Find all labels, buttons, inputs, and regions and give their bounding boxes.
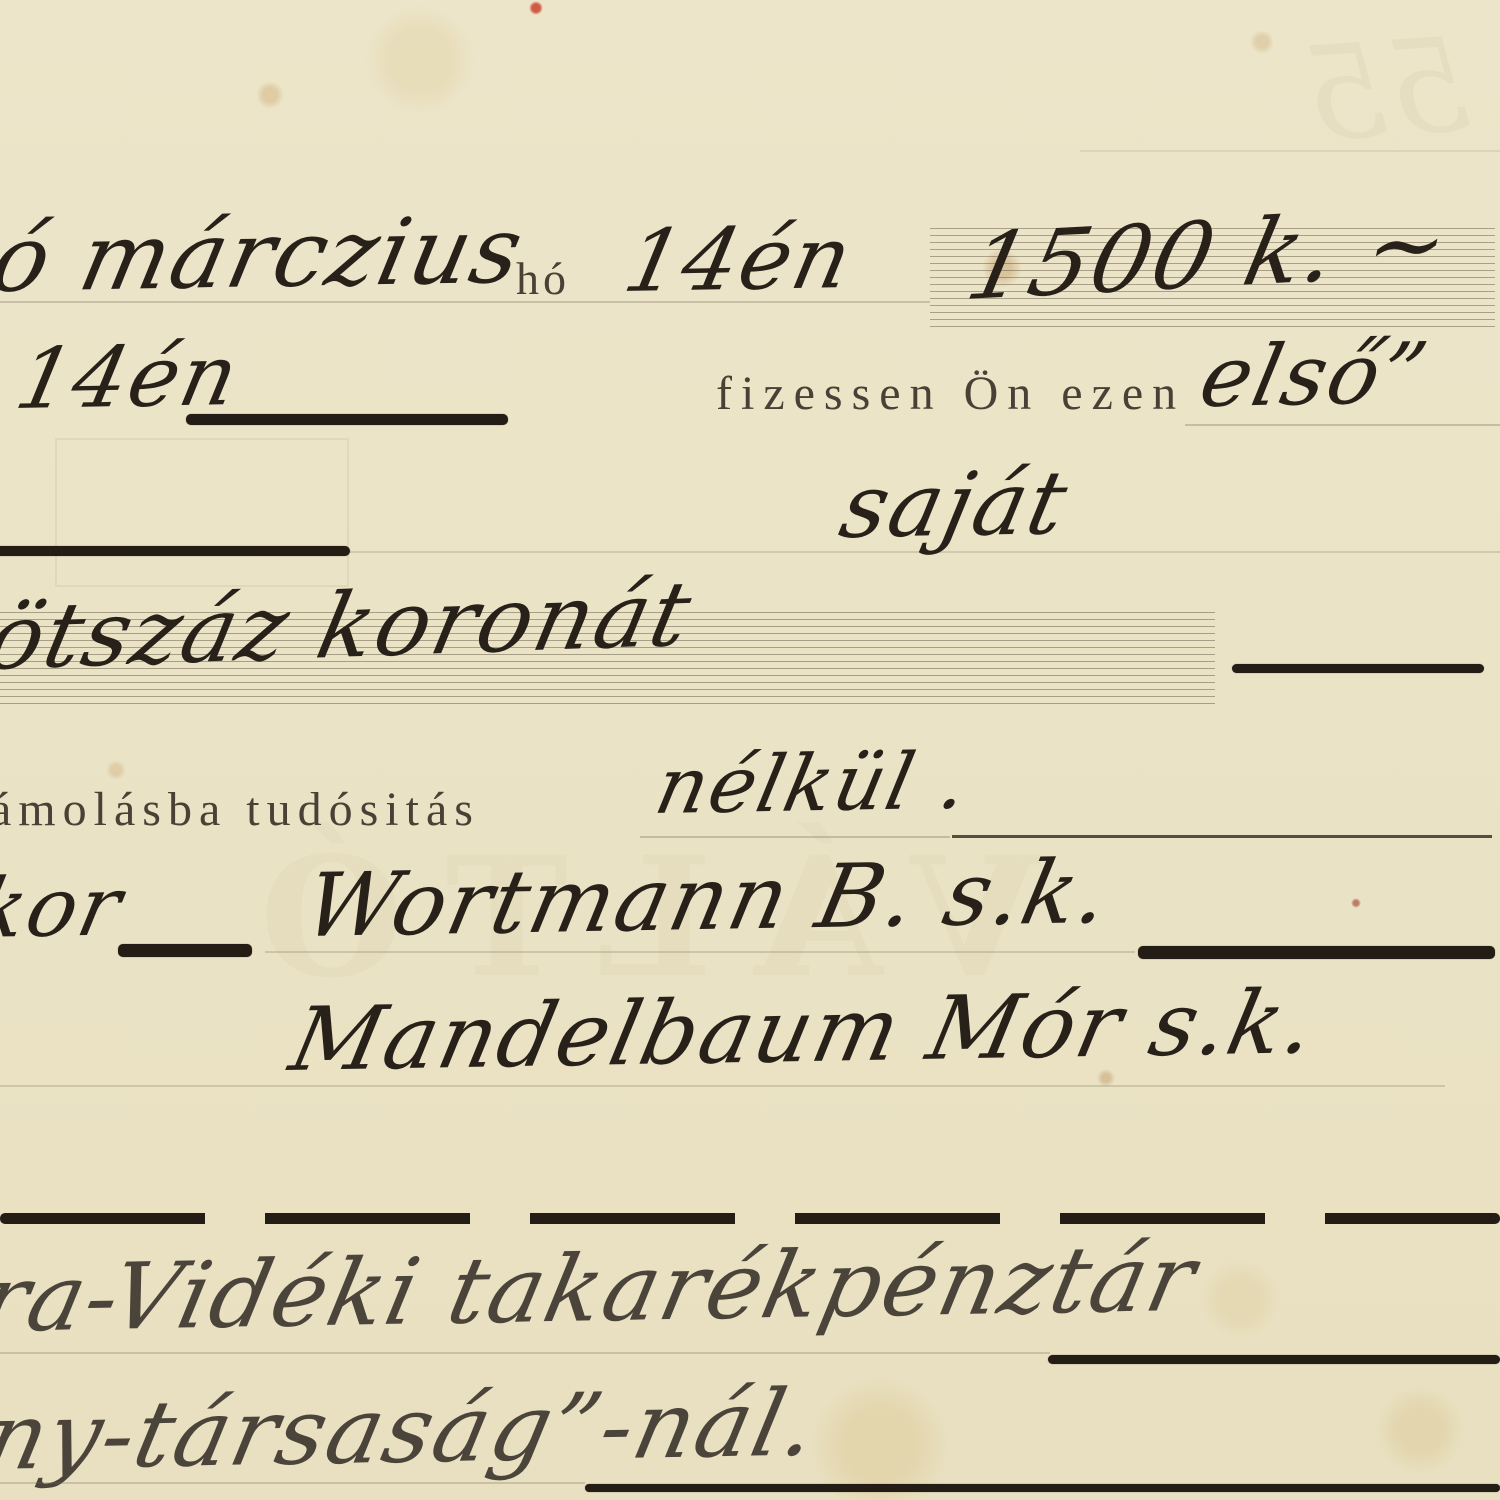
ink-strike-line-3 <box>1232 664 1484 673</box>
handwritten-bank-name: ra-Vidéki takarékpénztár <box>0 1225 1206 1353</box>
handwritten-day: 14én <box>616 208 862 312</box>
advice-dark-rule <box>952 835 1492 838</box>
handwritten-month: ó márczius <box>0 197 533 313</box>
bill-of-exchange-document: 55 VÁLTÓ ó márczius hó 14én 1500 k. ~ 14… <box>0 0 1500 1500</box>
handwritten-company-suffix: ny-társaság”-nál. <box>0 1370 828 1491</box>
printed-advice-clause: ámolásba tudósitás <box>0 782 480 837</box>
handwritten-sajat: saját <box>832 451 1078 558</box>
handwritten-elso: első” <box>1192 324 1437 426</box>
handwritten-day-repeat: 14én <box>8 326 248 428</box>
handwritten-fragment-kor: kor <box>0 859 131 957</box>
ink-strike-line-1 <box>186 414 508 425</box>
signature2-rule <box>0 1085 1445 1087</box>
showthrough-number-ghost: 55 <box>1125 8 1475 183</box>
dashed-strike-line <box>0 1213 1500 1224</box>
printed-ho-label: hó <box>516 252 570 305</box>
ink-strike-line-4 <box>1048 1355 1500 1364</box>
handwritten-nelkul: nélkül . <box>648 737 978 832</box>
company-blank-rule <box>0 1482 585 1484</box>
signature-wortmann: Wortmann B. s.k. <box>296 840 1120 957</box>
signature1-rule <box>265 951 1135 953</box>
ink-strike-line-2 <box>0 546 350 556</box>
order-blank-rule <box>1185 424 1500 426</box>
bank-blank-rule <box>0 1352 1050 1354</box>
signature-mandelbaum: Mandelbaum Mór s.k. <box>282 970 1326 1091</box>
printed-fizessen-clause: fizessen Ön ezen <box>716 366 1185 421</box>
ink-strike-line-5 <box>585 1484 1500 1492</box>
showthrough-rule-ghost <box>1080 150 1500 152</box>
ink-dash-before-signature <box>118 944 252 957</box>
advice-blank-rule <box>640 836 950 838</box>
ink-dash-after-signature <box>1138 946 1495 959</box>
watermark-frame-ghost <box>55 438 349 587</box>
